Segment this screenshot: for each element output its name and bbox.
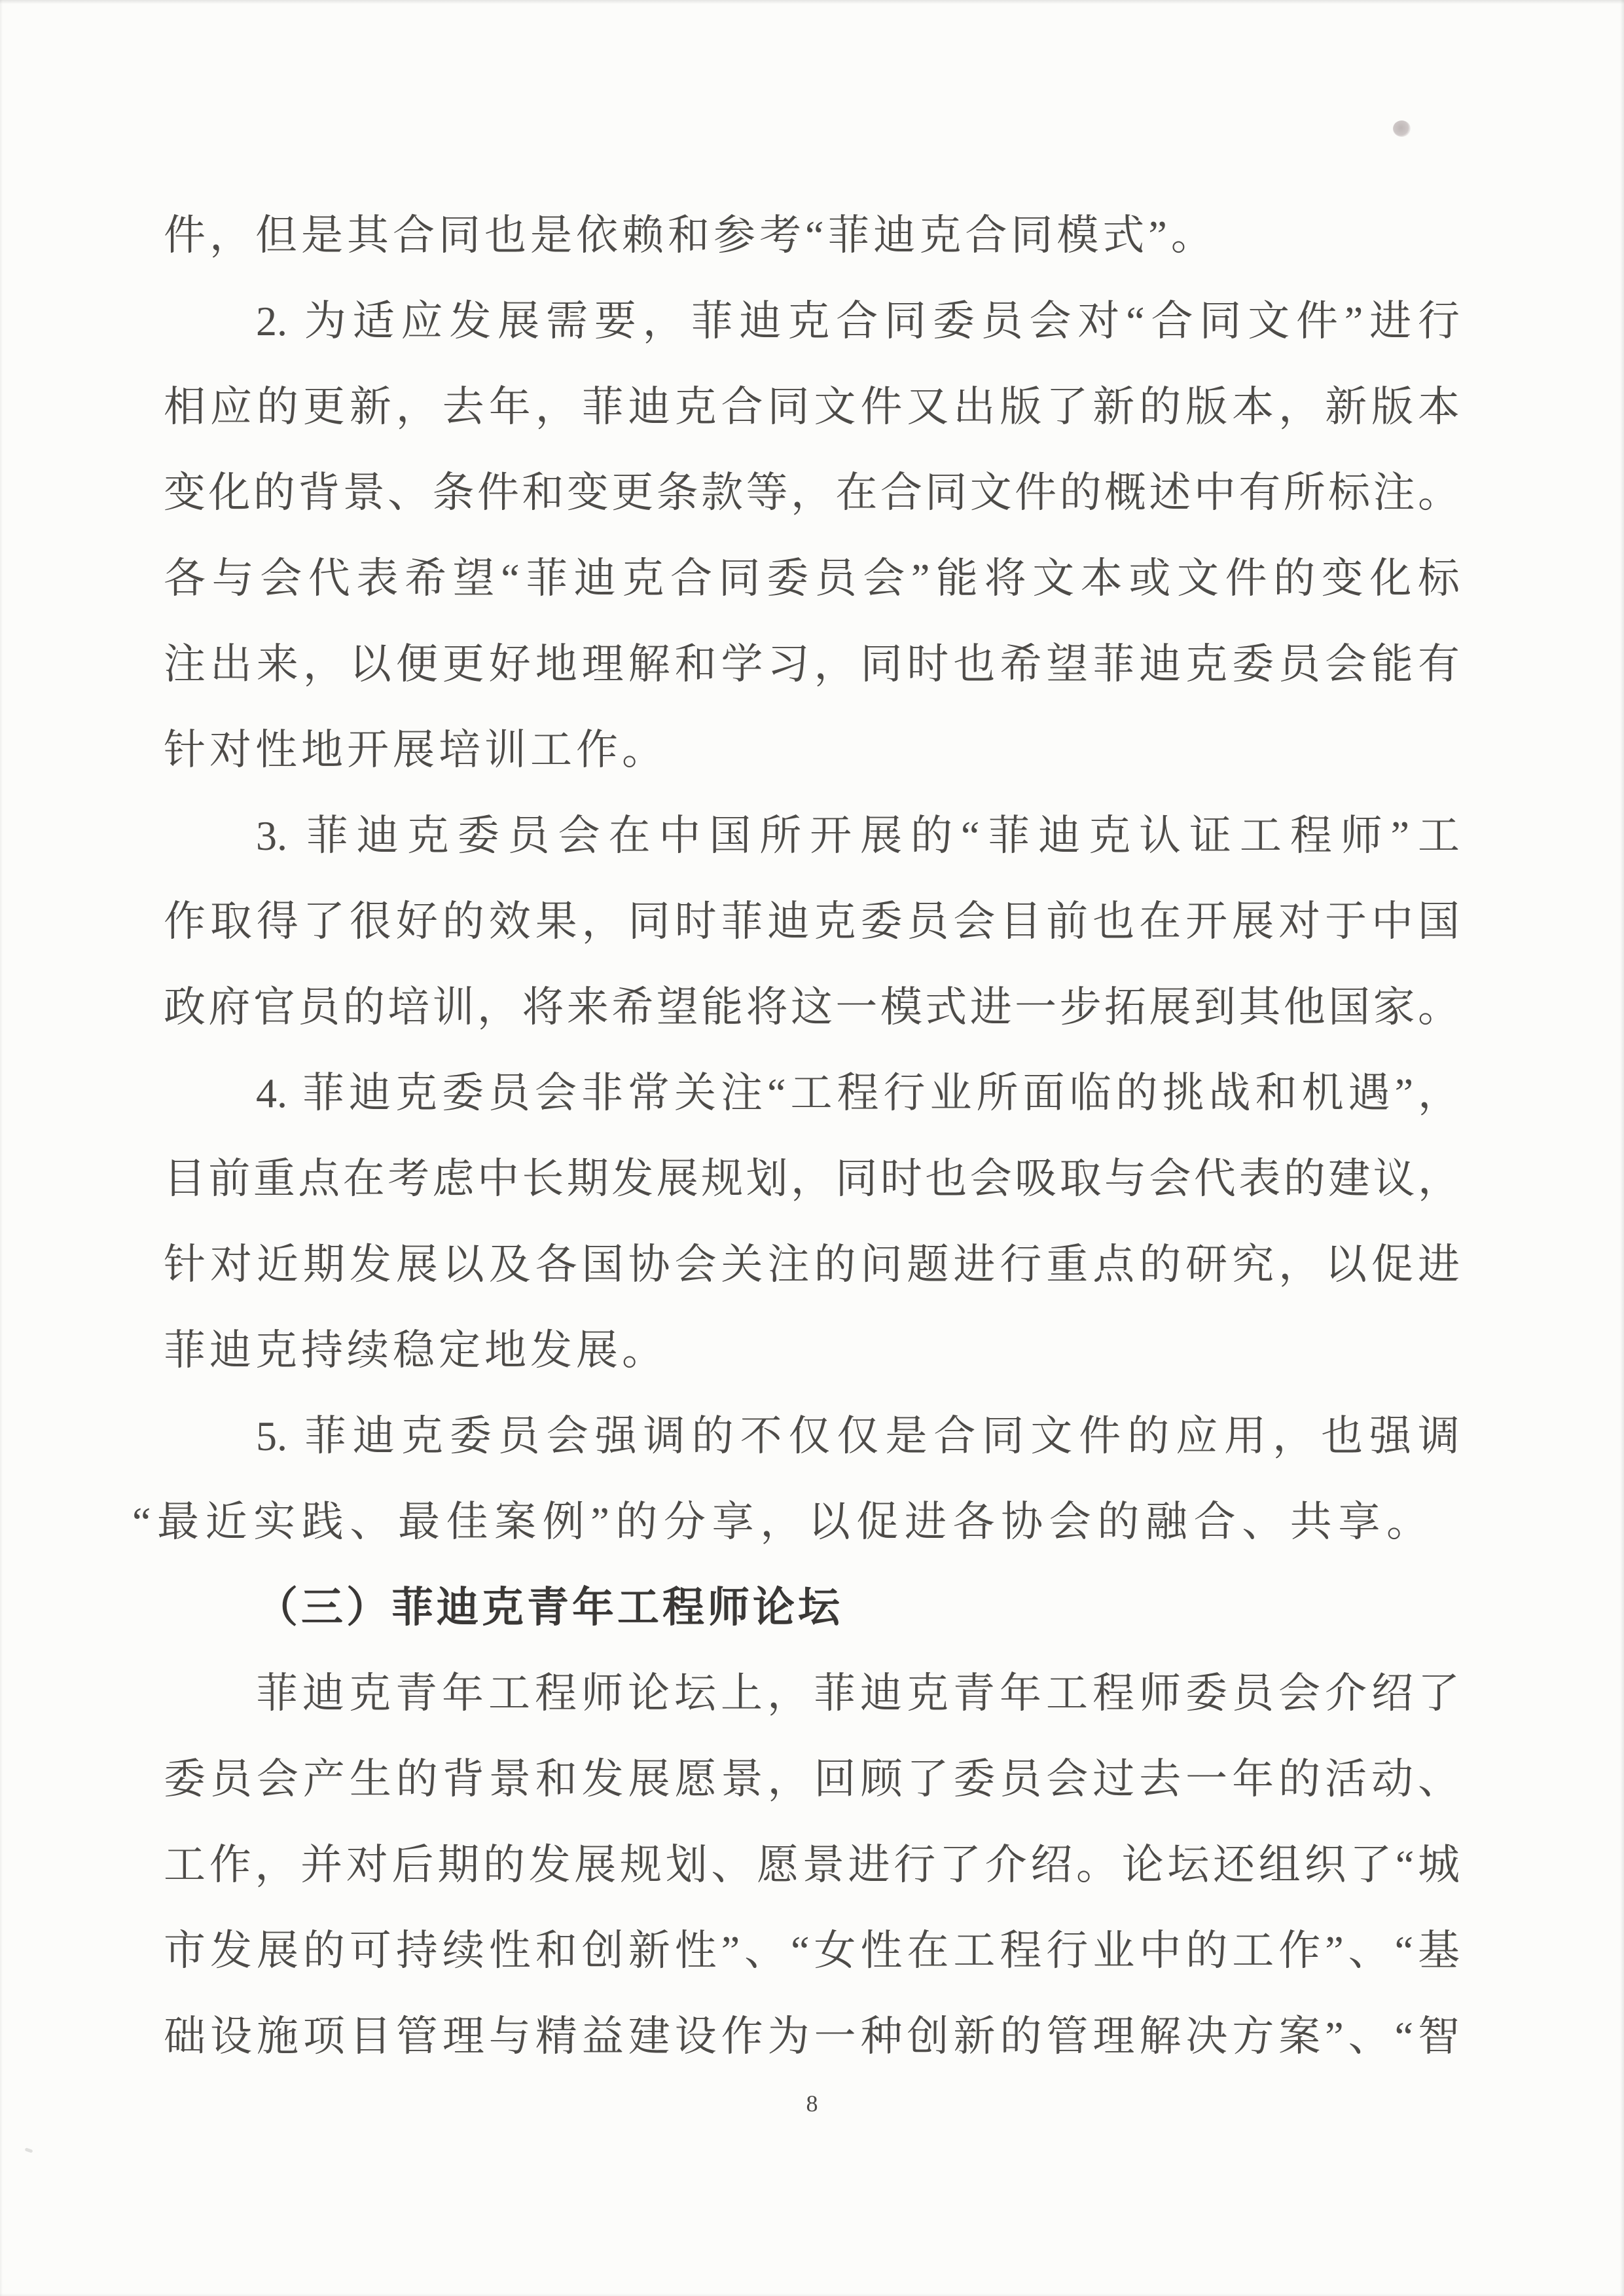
text-line: “最近实践、最佳案例”的分享，以促进各协会的融合、共享。: [132, 1479, 1460, 1565]
text-line: 础设施项目管理与精益建设作为一种创新的管理解决方案”、“智: [164, 1994, 1460, 2079]
text-line: 目前重点在考虑中长期发展规划，同时也会吸取与会代表的建议，: [164, 1136, 1460, 1222]
text-line: 市发展的可持续性和创新性”、“女性在工程行业中的工作”、“基: [164, 1908, 1460, 1994]
text-line: 3. 菲迪克委员会在中国所开展的“菲迪克认证工程师”工: [164, 793, 1460, 879]
text-line: 工作，并对后期的发展规划、愿景进行了介绍。论坛还组织了“城: [164, 1822, 1460, 1908]
text-line: 5. 菲迪克委员会强调的不仅仅是合同文件的应用，也强调: [164, 1393, 1460, 1479]
text-line: 注出来，以便更好地理解和学习，同时也希望菲迪克委员会能有: [164, 621, 1460, 707]
text-line: 4. 菲迪克委员会非常关注“工程行业所面临的挑战和机遇”，: [164, 1050, 1460, 1136]
text-line: 变化的背景、条件和变更条款等，在合同文件的概述中有所标注。: [164, 450, 1460, 536]
scan-edge-shadow-bottom: [0, 2293, 1624, 2296]
text-line: 针对近期发展以及各国协会关注的问题进行重点的研究，以促进: [164, 1222, 1460, 1307]
text-line: 菲迪克青年工程师论坛上，菲迪克青年工程师委员会介绍了: [164, 1650, 1460, 1736]
page-number: 8: [0, 2090, 1624, 2117]
scan-edge-shadow-right: [1620, 0, 1624, 2296]
text-line: 各与会代表希望“菲迪克合同委员会”能将文本或文件的变化标: [164, 536, 1460, 621]
text-line: 菲迪克持续稳定地发展。: [164, 1307, 1460, 1393]
text-line: 件，但是其合同也是依赖和参考“菲迪克合同模式”。: [164, 192, 1460, 278]
section-heading: （三）菲迪克青年工程师论坛: [164, 1565, 1460, 1650]
scan-edge-shadow-left: [0, 0, 3, 2296]
document-page: 件，但是其合同也是依赖和参考“菲迪克合同模式”。 2. 为适应发展需要，菲迪克合…: [0, 0, 1624, 2296]
text-line: 作取得了很好的效果，同时菲迪克委员会目前也在开展对于中国: [164, 879, 1460, 964]
text-line: 针对性地开展培训工作。: [164, 707, 1460, 793]
scan-edge-shadow-top: [0, 0, 1624, 4]
ink-smudge-artifact: [25, 2147, 33, 2153]
text-line: 2. 为适应发展需要，菲迪克合同委员会对“合同文件”进行: [164, 278, 1460, 364]
ink-speck-artifact: [1393, 120, 1411, 137]
text-line: 委员会产生的背景和发展愿景，回顾了委员会过去一年的活动、: [164, 1736, 1460, 1822]
text-line: 相应的更新，去年，菲迪克合同文件又出版了新的版本，新版本: [164, 364, 1460, 450]
body-text: 件，但是其合同也是依赖和参考“菲迪克合同模式”。 2. 为适应发展需要，菲迪克合…: [164, 192, 1460, 2079]
text-line: 政府官员的培训，将来希望能将这一模式进一步拓展到其他国家。: [164, 964, 1460, 1050]
